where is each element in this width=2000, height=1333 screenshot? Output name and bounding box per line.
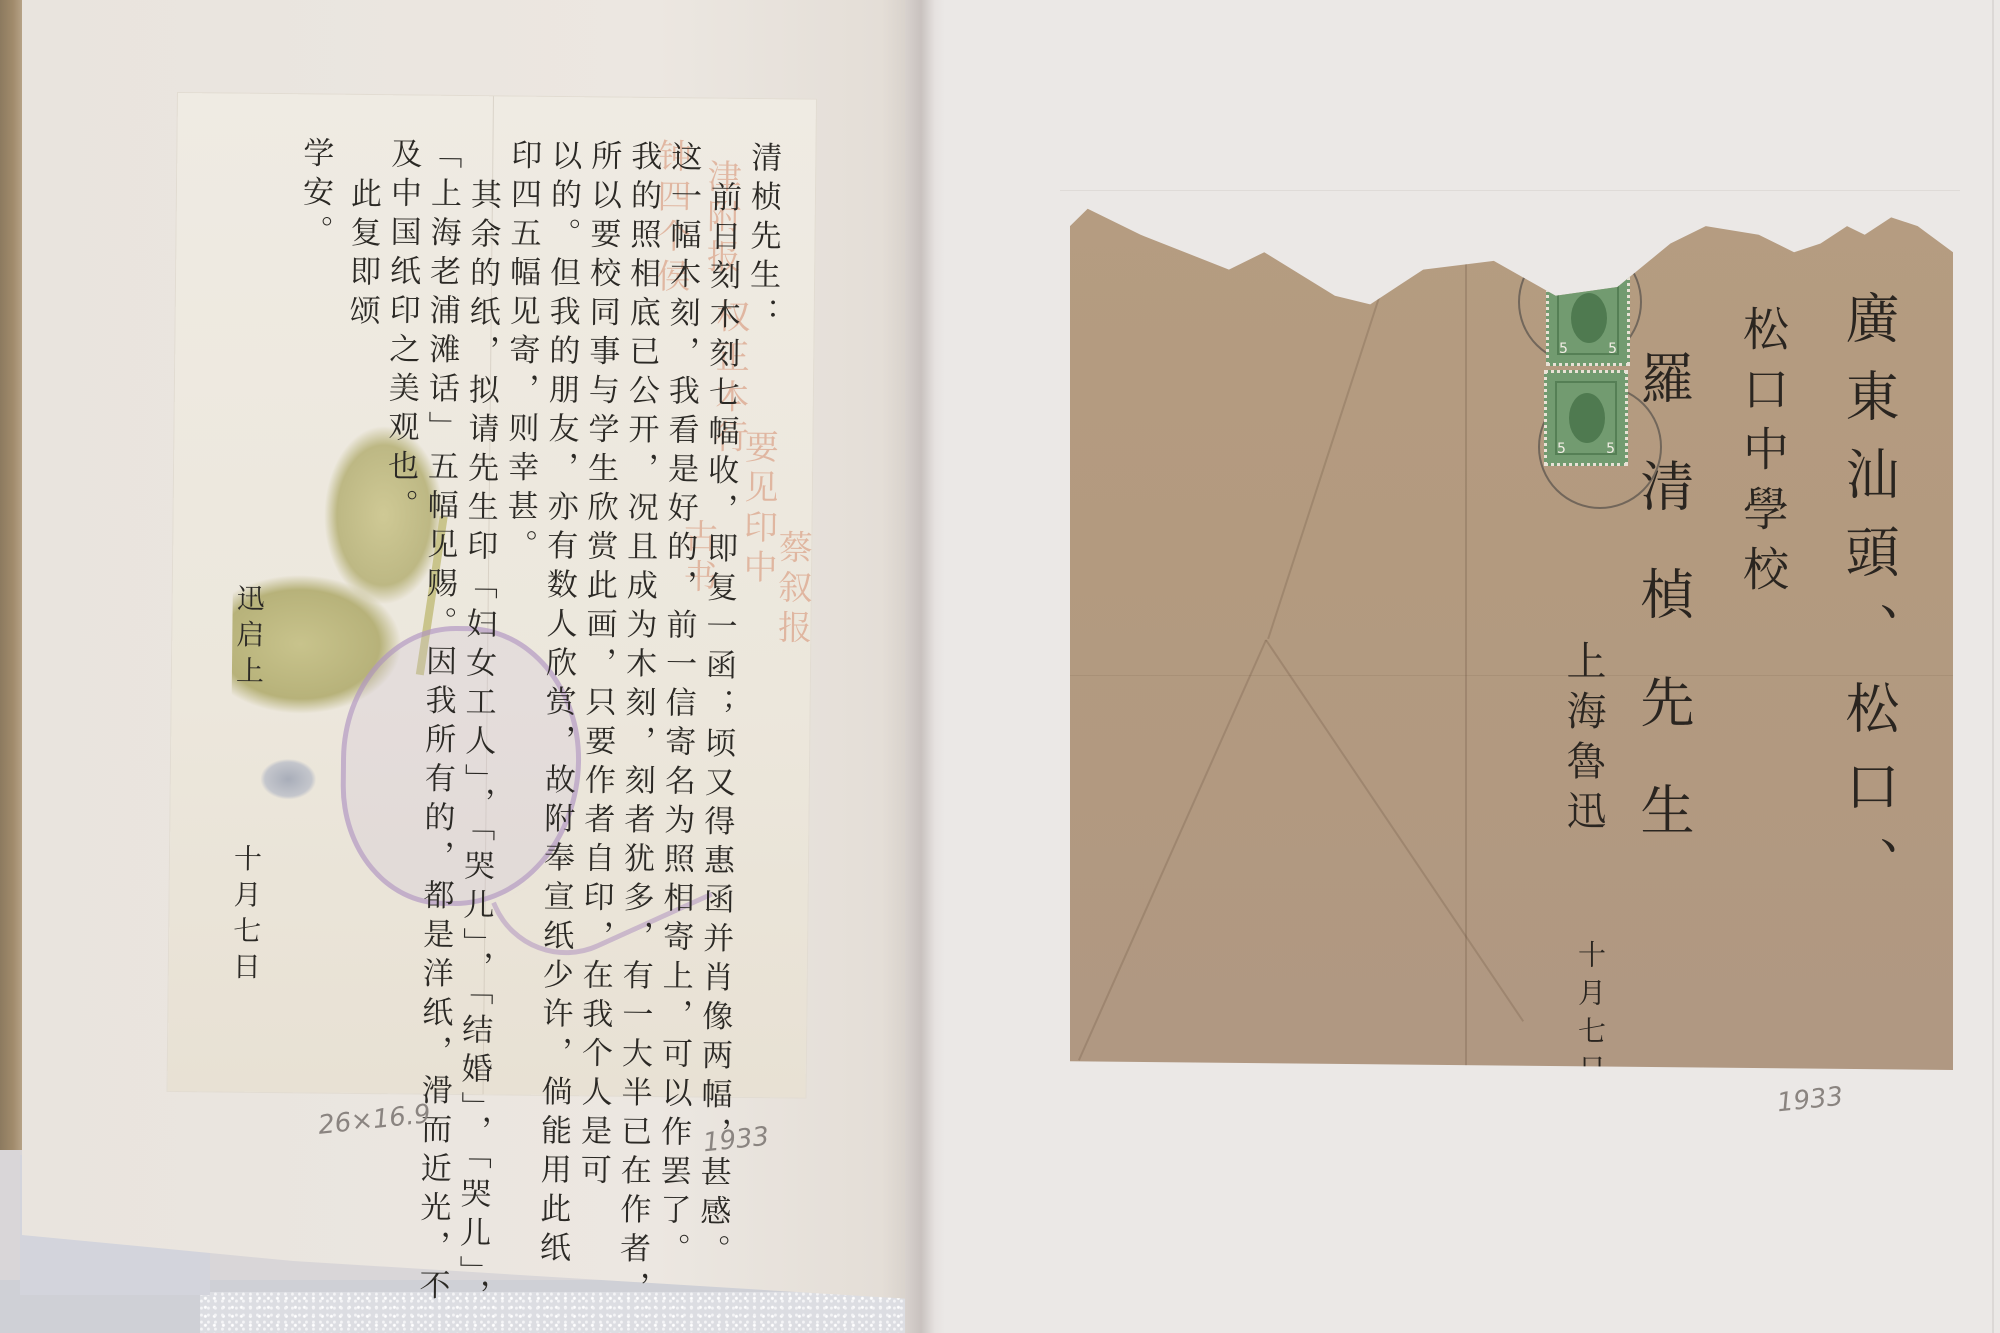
handwritten-letter: 津附报 钟四个侯 权正本行 要见印中 蔡叙报 古书 清桢先生： 前日刻木刻七幅收… xyxy=(168,93,816,1098)
postage-stamp: 5 5 xyxy=(1544,370,1628,466)
album-gutter xyxy=(905,0,945,1333)
letter-closing: 此复即颂 xyxy=(341,177,383,333)
stamp-value: 5 xyxy=(1557,441,1566,457)
right-page-edge xyxy=(1992,0,1994,1333)
red-annotation: 蔡叙报 xyxy=(767,529,817,650)
envelope-sender: 上海魯迅 xyxy=(1555,640,1612,840)
envelope-recipient: 羅清楨先生 xyxy=(1625,350,1702,890)
letter-closing: 学安。 xyxy=(294,136,335,253)
envelope-flap-line xyxy=(1265,639,1524,1021)
stamp-portrait xyxy=(1569,393,1605,443)
stamp-value: 5 xyxy=(1559,341,1568,357)
envelope-center-seam xyxy=(1465,220,1467,1070)
stamp-portrait xyxy=(1571,293,1607,343)
envelope-address-line: 廣東汕頭、松口、 xyxy=(1830,290,1907,914)
letter-line: 及中国纸印之美观也。 xyxy=(379,137,423,527)
letter-salutation: 清桢先生： xyxy=(741,141,783,336)
envelope-crease xyxy=(1070,675,1953,676)
stamp-value: 5 xyxy=(1606,441,1615,457)
mat-window-line xyxy=(1060,190,1960,191)
album-spine-edge xyxy=(0,0,22,1150)
envelope-address-line: 松口中學校 xyxy=(1730,305,1796,605)
envelope: 5 5 5 5 廣東汕頭、松口、 松口中學校 羅清楨先生 上海魯迅 十月七日 xyxy=(1070,200,1953,1070)
envelope-flap-line xyxy=(1078,640,1267,1061)
letter-line: 印四五幅见寄，则幸甚。 xyxy=(499,138,543,567)
ink-smudge xyxy=(261,759,316,800)
letter-signature: 迅启上 xyxy=(228,584,269,692)
letter-date: 十月七日 xyxy=(225,844,267,988)
stamp-value: 5 xyxy=(1608,341,1617,357)
